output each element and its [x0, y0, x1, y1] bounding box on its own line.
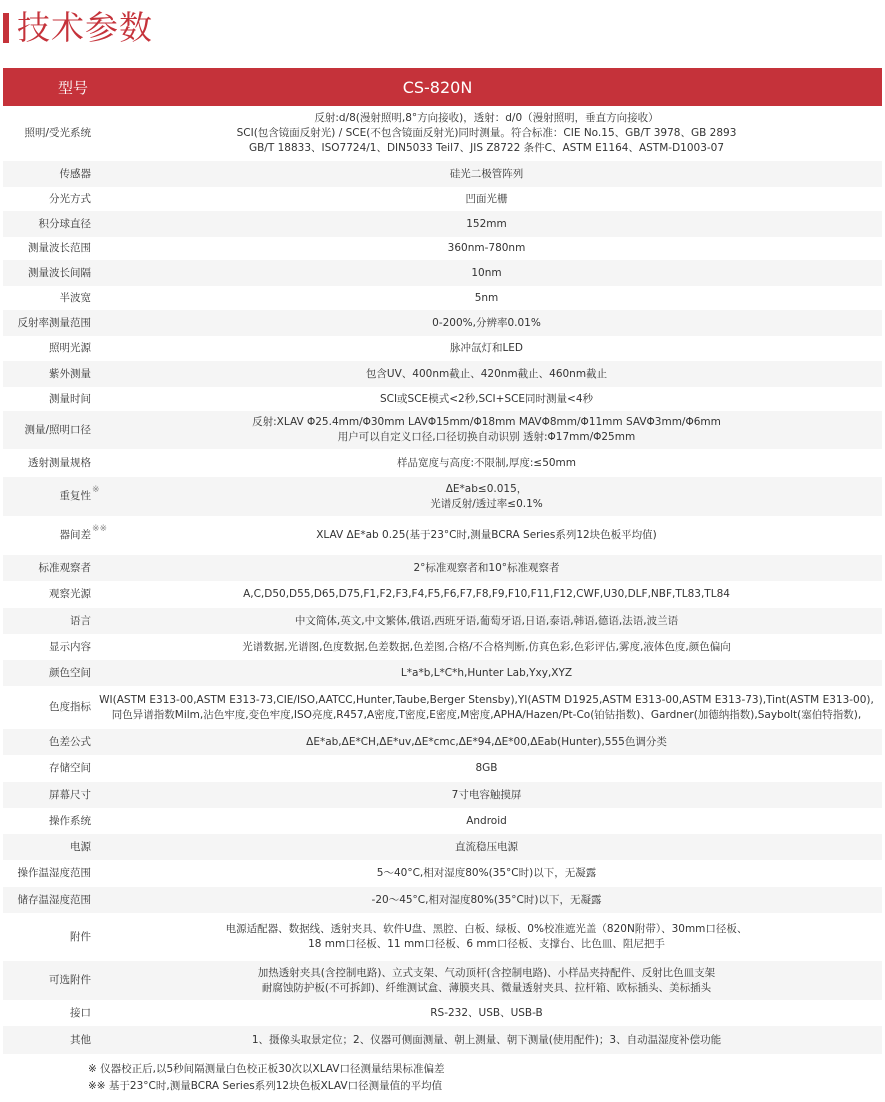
- spec-row: 存储空间8GB: [3, 755, 882, 782]
- spec-row: 色度指标WI(ASTM E313-00,ASTM E313-73,CIE/ISO…: [3, 686, 882, 729]
- spec-label: 测量波长间隔: [3, 266, 91, 281]
- spec-value-line: 152mm: [95, 217, 878, 232]
- spec-label-text: 紫外测量: [49, 368, 91, 380]
- spec-label-text: 储存温湿度范围: [18, 894, 92, 906]
- spec-value: 360nm-780nm: [91, 241, 882, 256]
- spec-value: 电源适配器、数据线、透射夹具、软件U盘、黑腔、白板、绿板、0%校准遮光盖（820…: [91, 922, 882, 952]
- spec-value: 10nm: [91, 266, 882, 281]
- spec-value: WI(ASTM E313-00,ASTM E313-73,CIE/ISO,AAT…: [91, 693, 882, 723]
- spec-label-text: 透射测量规格: [28, 457, 91, 469]
- spec-label: 器间差※※: [3, 528, 91, 543]
- spec-label-text: 传感器: [60, 168, 92, 180]
- spec-label-text: 分光方式: [49, 193, 91, 205]
- spec-value: 反射:d/8(漫射照明,8°方向接收)，透射：d/0（漫射照明，垂直方向接收）S…: [91, 111, 882, 156]
- spec-value-line: SCI(包含镜面反射光) / SCE(不包含镜面反射光)同时测量。符合标准：CI…: [95, 126, 878, 141]
- spec-value-line: 同色异谱指数Milm,沾色牢度,变色牢度,ISO亮度,R457,A密度,T密度,…: [95, 708, 878, 723]
- spec-value: 脉冲氙灯和LED: [91, 341, 882, 356]
- spec-value-line: 加热透射夹具(含控制电路)、立式支架、气动顶杆(含控制电路)、小样品夹持配件、反…: [95, 966, 878, 981]
- spec-row: 器间差※※XLAV ΔE*ab 0.25(基于23°C时,测量BCRA Seri…: [3, 516, 882, 555]
- spec-value: 5nm: [91, 291, 882, 306]
- spec-value-line: Android: [95, 814, 878, 829]
- spec-label-text: 观察光源: [49, 588, 91, 600]
- spec-row: 照明/受光系统反射:d/8(漫射照明,8°方向接收)，透射：d/0（漫射照明，垂…: [3, 106, 882, 161]
- spec-label: 语言: [3, 614, 91, 629]
- spec-value-line: A,C,D50,D55,D65,D75,F1,F2,F3,F4,F5,F6,F7…: [95, 587, 878, 602]
- spec-value: RS-232、USB、USB-B: [91, 1006, 882, 1021]
- spec-label-text: 测量/照明口径: [24, 424, 91, 436]
- spec-label: 重复性※: [3, 489, 91, 504]
- spec-row: 显示内容光谱数据,光谱图,色度数据,色差数据,色差图,合格/不合格判断,仿真色彩…: [3, 634, 882, 660]
- title-accent-bar: [3, 13, 9, 43]
- spec-value-line: 7寸电容触摸屏: [95, 788, 878, 803]
- spec-label: 半波宽: [3, 291, 91, 306]
- spec-value-line: 包含UV、400nm截止、420nm截止、460nm截止: [95, 367, 878, 382]
- spec-row: 其他1、摄像头取景定位；2、仪器可侧面测量、朝上测量、朝下测量(使用配件)；3、…: [3, 1026, 882, 1054]
- spec-value-line: GB/T 18833、ISO7724/1、DIN5033 Teil7、JIS Z…: [95, 141, 878, 156]
- spec-value-line: 耐腐蚀防护板(不可拆卸)、纤维测试盒、薄膜夹具、微量透射夹具、拉杆箱、欧标插头、…: [95, 981, 878, 996]
- spec-value-line: ΔE*ab≤0.015，: [95, 482, 878, 497]
- spec-label-text: 色差公式: [49, 736, 91, 748]
- spec-label-text: 色度指标: [49, 701, 91, 713]
- model-label: 型号: [3, 77, 143, 98]
- spec-row: 操作温湿度范围5～40°C,相对湿度80%(35°C时)以下，无凝露: [3, 860, 882, 887]
- spec-value: ΔE*ab,ΔE*CH,ΔE*uv,ΔE*cmc,ΔE*94,ΔE*00,ΔEa…: [91, 735, 882, 750]
- spec-label: 反射率测量范围: [3, 316, 91, 331]
- spec-label: 存储空间: [3, 761, 91, 776]
- spec-value: 反射:XLAV Φ25.4mm/Φ30mm LAVΦ15mm/Φ18mm MAV…: [91, 415, 882, 445]
- spec-value-line: 8GB: [95, 761, 878, 776]
- page-title-block: 技术参数: [3, 8, 153, 48]
- spec-row: 操作系统Android: [3, 808, 882, 834]
- spec-label-text: 测量波长间隔: [28, 267, 91, 279]
- spec-row: 接口RS-232、USB、USB-B: [3, 1000, 882, 1026]
- spec-label: 紫外测量: [3, 367, 91, 382]
- spec-label-text: 颜色空间: [49, 667, 91, 679]
- spec-label: 操作系统: [3, 814, 91, 829]
- spec-value: 光谱数据,光谱图,色度数据,色差数据,色差图,合格/不合格判断,仿真色彩,色彩评…: [91, 640, 882, 655]
- spec-row: 重复性※ΔE*ab≤0.015，光谱反射/透过率≤0.1%: [3, 477, 882, 516]
- spec-value-line: 反射:d/8(漫射照明,8°方向接收)，透射：d/0（漫射照明，垂直方向接收）: [95, 111, 878, 126]
- spec-label: 传感器: [3, 167, 91, 182]
- spec-rows: 照明/受光系统反射:d/8(漫射照明,8°方向接收)，透射：d/0（漫射照明，垂…: [3, 106, 882, 1054]
- spec-value-line: 脉冲氙灯和LED: [95, 341, 878, 356]
- spec-row: 语言中文简体,英文,中文繁体,俄语,西班牙语,葡萄牙语,日语,泰语,韩语,德语,…: [3, 608, 882, 634]
- spec-label-text: 操作系统: [49, 815, 91, 827]
- spec-row: 测量时间SCI或SCE模式<2秒,SCI+SCE同时测量<4秒: [3, 387, 882, 411]
- spec-label: 色度指标: [3, 700, 91, 715]
- spec-row: 标准观察者2°标准观察者和10°标准观察者: [3, 555, 882, 581]
- spec-value: 8GB: [91, 761, 882, 776]
- spec-label-text: 电源: [70, 841, 91, 853]
- spec-row: 反射率测量范围0-200%,分辨率0.01%: [3, 310, 882, 336]
- spec-label-text: 积分球直径: [39, 218, 92, 230]
- spec-value: 直流稳压电源: [91, 840, 882, 855]
- spec-value-line: 5～40°C,相对湿度80%(35°C时)以下，无凝露: [95, 866, 878, 881]
- spec-value: 7寸电容触摸屏: [91, 788, 882, 803]
- spec-value-line: SCI或SCE模式<2秒,SCI+SCE同时测量<4秒: [95, 392, 878, 407]
- spec-label-text: 显示内容: [49, 641, 91, 653]
- spec-value-line: RS-232、USB、USB-B: [95, 1006, 878, 1021]
- spec-value: 1、摄像头取景定位；2、仪器可侧面测量、朝上测量、朝下测量(使用配件)；3、自动…: [91, 1033, 882, 1048]
- spec-value-line: 18 mm口径板、11 mm口径板、6 mm口径板、支撑台、比色皿、阻尼把手: [95, 937, 878, 952]
- spec-value-line: 中文简体,英文,中文繁体,俄语,西班牙语,葡萄牙语,日语,泰语,韩语,德语,法语…: [95, 614, 878, 629]
- spec-value: 2°标准观察者和10°标准观察者: [91, 561, 882, 576]
- spec-value-line: 360nm-780nm: [95, 241, 878, 256]
- spec-value: Android: [91, 814, 882, 829]
- spec-value-line: 用户可以自定义口径,口径切换自动识别 透射:Φ17mm/Φ25mm: [95, 430, 878, 445]
- spec-label: 测量波长范围: [3, 241, 91, 256]
- spec-row: 测量/照明口径反射:XLAV Φ25.4mm/Φ30mm LAVΦ15mm/Φ1…: [3, 411, 882, 449]
- spec-value: 5～40°C,相对湿度80%(35°C时)以下，无凝露: [91, 866, 882, 881]
- spec-row: 色差公式ΔE*ab,ΔE*CH,ΔE*uv,ΔE*cmc,ΔE*94,ΔE*00…: [3, 729, 882, 755]
- spec-value-line: 5nm: [95, 291, 878, 306]
- footnote-marker: ※※: [92, 522, 107, 537]
- spec-value: XLAV ΔE*ab 0.25(基于23°C时,测量BCRA Series系列1…: [91, 528, 882, 543]
- spec-label-text: 存储空间: [49, 762, 91, 774]
- spec-value-line: 1、摄像头取景定位；2、仪器可侧面测量、朝上测量、朝下测量(使用配件)；3、自动…: [95, 1033, 878, 1048]
- spec-row: 分光方式凹面光栅: [3, 187, 882, 211]
- spec-label-text: 重复性: [60, 490, 92, 502]
- spec-label-text: 其他: [70, 1034, 91, 1046]
- spec-row: 电源直流稳压电源: [3, 834, 882, 860]
- spec-label: 测量时间: [3, 392, 91, 407]
- footnote-2: ※※ 基于23°C时,测量BCRA Series系列12块色板XLAV口径测量值…: [88, 1078, 445, 1095]
- spec-label-text: 半波宽: [60, 292, 92, 304]
- spec-value: L*a*b,L*C*h,Hunter Lab,Yxy,XYZ: [91, 666, 882, 681]
- spec-value: 加热透射夹具(含控制电路)、立式支架、气动顶杆(含控制电路)、小样品夹持配件、反…: [91, 966, 882, 996]
- spec-value-line: 10nm: [95, 266, 878, 281]
- spec-label-text: 可选附件: [49, 974, 91, 986]
- spec-row: 附件电源适配器、数据线、透射夹具、软件U盘、黑腔、白板、绿板、0%校准遮光盖（8…: [3, 913, 882, 961]
- spec-label: 分光方式: [3, 192, 91, 207]
- spec-table: 型号 CS-820N 照明/受光系统反射:d/8(漫射照明,8°方向接收)，透射…: [3, 68, 882, 1054]
- spec-label-text: 照明光源: [49, 342, 91, 354]
- spec-label: 照明/受光系统: [3, 126, 91, 141]
- spec-label: 屏幕尺寸: [3, 788, 91, 803]
- spec-value: 包含UV、400nm截止、420nm截止、460nm截止: [91, 367, 882, 382]
- spec-value-line: 电源适配器、数据线、透射夹具、软件U盘、黑腔、白板、绿板、0%校准遮光盖（820…: [95, 922, 878, 937]
- footnote-1: ※ 仪器校正后,以5秒间隔测量白色校正板30次以XLAV口径测量结果标准偏差: [88, 1061, 445, 1078]
- spec-row: 透射测量规格样品宽度与高度:不限制,厚度:≤50mm: [3, 449, 882, 477]
- model-value: CS-820N: [143, 78, 882, 97]
- spec-label-text: 语言: [70, 615, 91, 627]
- spec-value-line: 样品宽度与高度:不限制,厚度:≤50mm: [95, 456, 878, 471]
- spec-label: 积分球直径: [3, 217, 91, 232]
- spec-row: 屏幕尺寸7寸电容触摸屏: [3, 782, 882, 808]
- spec-value-line: 0-200%,分辨率0.01%: [95, 316, 878, 331]
- spec-label-text: 附件: [70, 931, 91, 943]
- spec-row: 半波宽5nm: [3, 286, 882, 310]
- spec-row: 积分球直径152mm: [3, 211, 882, 237]
- page-title: 技术参数: [17, 8, 153, 48]
- spec-value-line: -20～45°C,相对湿度80%(35°C时)以下，无凝露: [95, 893, 878, 908]
- spec-value-line: WI(ASTM E313-00,ASTM E313-73,CIE/ISO,AAT…: [95, 693, 878, 708]
- spec-row: 观察光源A,C,D50,D55,D65,D75,F1,F2,F3,F4,F5,F…: [3, 581, 882, 608]
- spec-value-line: 直流稳压电源: [95, 840, 878, 855]
- spec-label: 照明光源: [3, 341, 91, 356]
- spec-label: 测量/照明口径: [3, 423, 91, 438]
- spec-value: 152mm: [91, 217, 882, 232]
- spec-value-line: 凹面光栅: [95, 192, 878, 207]
- spec-label: 颜色空间: [3, 666, 91, 681]
- spec-value-line: ΔE*ab,ΔE*CH,ΔE*uv,ΔE*cmc,ΔE*94,ΔE*00,ΔEa…: [95, 735, 878, 750]
- spec-value-line: 2°标准观察者和10°标准观察者: [95, 561, 878, 576]
- spec-label: 操作温湿度范围: [3, 866, 91, 881]
- spec-label: 标准观察者: [3, 561, 91, 576]
- spec-value: ΔE*ab≤0.015，光谱反射/透过率≤0.1%: [91, 482, 882, 512]
- spec-label-text: 照明/受光系统: [24, 127, 91, 139]
- spec-label: 可选附件: [3, 973, 91, 988]
- spec-label-text: 器间差: [60, 529, 92, 541]
- spec-value-line: 硅光二极管阵列: [95, 167, 878, 182]
- spec-label-text: 测量波长范围: [28, 242, 91, 254]
- spec-label-text: 标准观察者: [39, 562, 92, 574]
- table-header-row: 型号 CS-820N: [3, 68, 882, 106]
- spec-row: 颜色空间L*a*b,L*C*h,Hunter Lab,Yxy,XYZ: [3, 660, 882, 686]
- spec-value: SCI或SCE模式<2秒,SCI+SCE同时测量<4秒: [91, 392, 882, 407]
- spec-value-line: L*a*b,L*C*h,Hunter Lab,Yxy,XYZ: [95, 666, 878, 681]
- spec-label-text: 测量时间: [49, 393, 91, 405]
- spec-row: 测量波长范围360nm-780nm: [3, 237, 882, 260]
- spec-value-line: 光谱数据,光谱图,色度数据,色差数据,色差图,合格/不合格判断,仿真色彩,色彩评…: [95, 640, 878, 655]
- spec-label: 电源: [3, 840, 91, 855]
- spec-value-line: 反射:XLAV Φ25.4mm/Φ30mm LAVΦ15mm/Φ18mm MAV…: [95, 415, 878, 430]
- spec-label: 观察光源: [3, 587, 91, 602]
- footnotes: ※ 仪器校正后,以5秒间隔测量白色校正板30次以XLAV口径测量结果标准偏差 ※…: [88, 1061, 445, 1095]
- spec-row: 可选附件加热透射夹具(含控制电路)、立式支架、气动顶杆(含控制电路)、小样品夹持…: [3, 961, 882, 1000]
- spec-row: 储存温湿度范围-20～45°C,相对湿度80%(35°C时)以下，无凝露: [3, 887, 882, 913]
- spec-value: 中文简体,英文,中文繁体,俄语,西班牙语,葡萄牙语,日语,泰语,韩语,德语,法语…: [91, 614, 882, 629]
- spec-value: 凹面光栅: [91, 192, 882, 207]
- spec-label: 色差公式: [3, 735, 91, 750]
- footnote-marker: ※: [92, 483, 100, 498]
- spec-row: 测量波长间隔10nm: [3, 260, 882, 286]
- spec-label: 附件: [3, 930, 91, 945]
- spec-value: A,C,D50,D55,D65,D75,F1,F2,F3,F4,F5,F6,F7…: [91, 587, 882, 602]
- spec-value: 样品宽度与高度:不限制,厚度:≤50mm: [91, 456, 882, 471]
- spec-label-text: 反射率测量范围: [18, 317, 92, 329]
- spec-value-line: 光谱反射/透过率≤0.1%: [95, 497, 878, 512]
- spec-label-text: 操作温湿度范围: [18, 867, 92, 879]
- spec-label-text: 屏幕尺寸: [49, 789, 91, 801]
- spec-value: 0-200%,分辨率0.01%: [91, 316, 882, 331]
- spec-label: 显示内容: [3, 640, 91, 655]
- spec-row: 照明光源脉冲氙灯和LED: [3, 336, 882, 361]
- spec-label: 透射测量规格: [3, 456, 91, 471]
- spec-row: 紫外测量包含UV、400nm截止、420nm截止、460nm截止: [3, 361, 882, 387]
- spec-value: 硅光二极管阵列: [91, 167, 882, 182]
- spec-label: 储存温湿度范围: [3, 893, 91, 908]
- spec-label: 接口: [3, 1006, 91, 1021]
- spec-value: -20～45°C,相对湿度80%(35°C时)以下，无凝露: [91, 893, 882, 908]
- spec-label: 其他: [3, 1033, 91, 1048]
- spec-row: 传感器硅光二极管阵列: [3, 161, 882, 187]
- spec-label-text: 接口: [70, 1007, 91, 1019]
- spec-value-line: XLAV ΔE*ab 0.25(基于23°C时,测量BCRA Series系列1…: [95, 528, 878, 543]
